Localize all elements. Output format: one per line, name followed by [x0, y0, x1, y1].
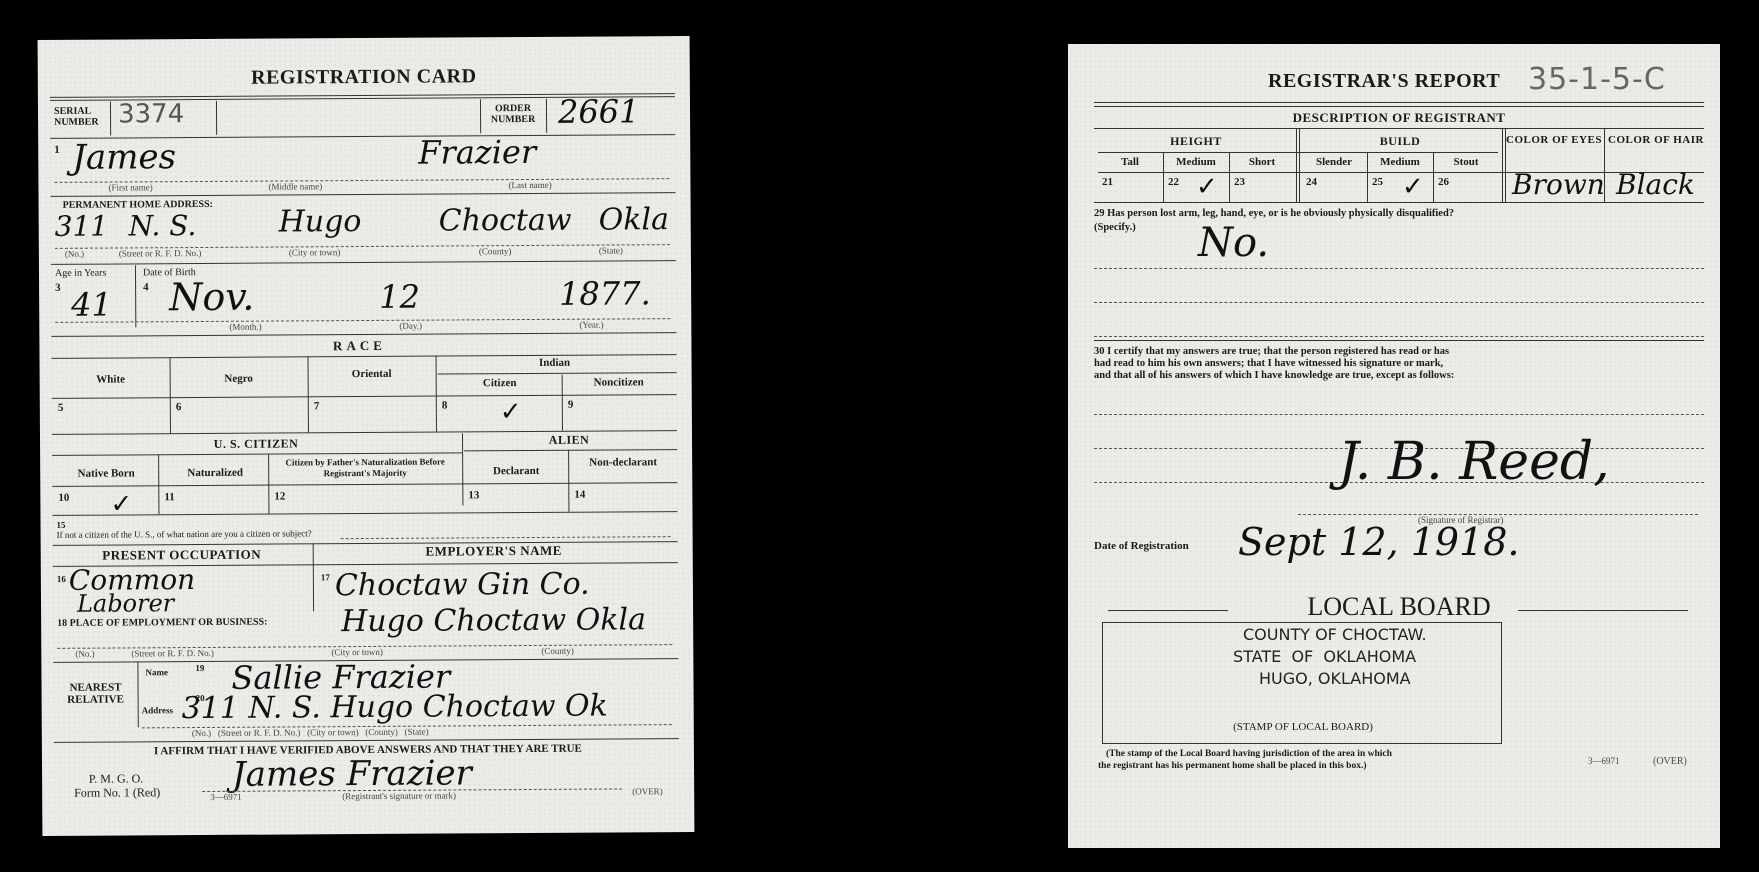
- field-number: 4: [143, 281, 149, 293]
- day-label: (Day.): [399, 321, 422, 331]
- stamp-note-line2: the registrant has his permanent home sh…: [1098, 760, 1518, 772]
- citizen-by-father-label: Citizen by Father's Naturalization Befor…: [272, 456, 458, 479]
- field-number: 13: [468, 489, 479, 501]
- place-of-employment-label: 18 PLACE OF EMPLOYMENT OR BUSINESS:: [57, 617, 267, 629]
- field-number: 24: [1306, 176, 1317, 188]
- employment-no-label: (No.): [75, 649, 94, 659]
- home-address-number: 311: [55, 210, 109, 243]
- field-number: 9: [568, 399, 574, 411]
- field-number: 25: [1372, 176, 1383, 188]
- report-over-label: (OVER): [1653, 756, 1687, 767]
- field-number: 16: [57, 574, 66, 584]
- birth-year: 1877.: [559, 274, 651, 313]
- q30-certification: 30 I certify that my answers are true; t…: [1094, 346, 1708, 382]
- employment-city-label: (City or town): [331, 647, 383, 657]
- relative-address-label: Address: [142, 705, 173, 715]
- home-address-state: Okla: [599, 202, 669, 237]
- alien-heading: ALIEN: [464, 432, 674, 448]
- field-number: 26: [1438, 176, 1449, 188]
- stamp-note: (The stamp of the Local Board having jur…: [1098, 748, 1518, 772]
- middle-name-label: (Middle name): [268, 181, 322, 191]
- field-number: 23: [1234, 176, 1245, 188]
- first-name-label: (First name): [108, 182, 152, 192]
- relative-address-sublabels: (No.) (Street or R. F. D. No.) (City or …: [192, 727, 429, 738]
- address-no-label: (No.): [65, 249, 84, 259]
- field-number: 10: [58, 492, 69, 504]
- height-tall-label: Tall: [1098, 156, 1162, 168]
- form-number: Form No. 1 (Red): [52, 785, 182, 801]
- race-indian-citizen-label: Citizen: [440, 377, 560, 390]
- q30-line3: and that all of his answers of which I h…: [1094, 370, 1708, 382]
- birth-month: Nov.: [169, 275, 254, 320]
- q29-answer: No.: [1198, 220, 1269, 266]
- q29-text: 29 Has person lost arm, leg, hand, eye, …: [1094, 208, 1454, 219]
- race-oriental-label: Oriental: [312, 368, 432, 381]
- registration-date-label: Date of Registration: [1094, 540, 1189, 552]
- indian-citizen-checkmark: ✓: [500, 397, 522, 427]
- stamp-label: (STAMP OF LOCAL BOARD): [1103, 721, 1503, 733]
- order-number-label: ORDER NUMBER: [484, 103, 542, 125]
- last-name-label: (Last name): [508, 180, 551, 190]
- declarant-label: Declarant: [466, 465, 566, 478]
- eye-color: Brown: [1512, 168, 1605, 201]
- stamp-county: COUNTY OF CHOCTAW.: [1243, 625, 1427, 644]
- height-medium-label: Medium: [1164, 156, 1228, 168]
- year-label: (Year.): [579, 320, 603, 330]
- indian-heading: Indian: [440, 356, 670, 369]
- field-number: 22: [1168, 176, 1179, 188]
- nation-question: If not a citizen of the U. S., of what n…: [57, 528, 312, 540]
- last-name: Frazier: [418, 133, 536, 172]
- signature-label: (Registrant's signature or mark): [342, 790, 456, 801]
- naturalized-label: Naturalized: [160, 467, 270, 480]
- native-born-label: Native Born: [56, 467, 156, 480]
- race-white-label: White: [56, 373, 166, 386]
- over-label: (OVER): [632, 786, 663, 796]
- serial-number: 3374: [118, 99, 184, 129]
- stamp-note-line1: (The stamp of the Local Board having jur…: [1098, 748, 1518, 760]
- field-number: 8: [442, 400, 448, 412]
- hair-color-heading: COLOR OF HAIR: [1608, 134, 1704, 146]
- local-board-stamp-box: COUNTY OF CHOCTAW. STATE OF OKLAHOMA HUG…: [1102, 622, 1502, 744]
- build-slender-label: Slender: [1302, 156, 1366, 168]
- us-citizen-heading: U. S. CITIZEN: [56, 435, 456, 452]
- field-number: 21: [1102, 176, 1113, 188]
- field-number: 19: [195, 663, 204, 673]
- height-heading: HEIGHT: [1098, 134, 1294, 149]
- employment-county-label: (County): [541, 646, 574, 656]
- home-address-city: Hugo: [279, 204, 362, 240]
- relative-name-label: Name: [145, 667, 168, 677]
- field-number: 1: [54, 144, 60, 156]
- first-name: James: [72, 137, 176, 178]
- height-short-label: Short: [1230, 156, 1294, 168]
- race-indian-noncitizen-label: Noncitizen: [564, 376, 674, 389]
- address-city-label: (City or town): [289, 247, 341, 257]
- report-form-code: 3—6971: [1588, 756, 1620, 766]
- build-stout-label: Stout: [1434, 156, 1498, 168]
- employer-heading: EMPLOYER'S NAME: [319, 542, 669, 560]
- race-negro-label: Negro: [174, 372, 304, 385]
- relative-address: 311 N. S. Hugo Choctaw Ok: [182, 689, 608, 727]
- field-number: 14: [574, 489, 585, 501]
- field-number: 6: [176, 401, 182, 413]
- registrar-signature: J. B. Reed,: [1338, 432, 1610, 492]
- place-of-employment-label-text: PLACE OF EMPLOYMENT OR BUSINESS:: [70, 617, 268, 629]
- hair-color: Black: [1616, 168, 1695, 201]
- build-medium-label: Medium: [1368, 156, 1432, 168]
- stamp-state: STATE OF OKLAHOMA: [1233, 647, 1416, 666]
- field-number: 18: [57, 618, 67, 629]
- home-address-county: Choctaw: [439, 203, 572, 239]
- card-title: REGISTRATION CARD: [38, 64, 690, 91]
- race-table: White Negro Oriental Citizen Noncitizen …: [38, 36, 690, 40]
- build-medium-checkmark: ✓: [1402, 172, 1424, 202]
- field-number: 7: [314, 400, 320, 412]
- field-number: 12: [274, 490, 285, 502]
- field-number: 5: [58, 402, 64, 414]
- non-declarant-label: Non-declarant: [588, 456, 658, 468]
- q30-line2: had read to him his own answers; that I …: [1094, 358, 1708, 370]
- month-label: (Month.): [229, 322, 261, 332]
- report-title: REGISTRAR'S REPORT: [1268, 70, 1500, 93]
- order-number: 2661: [558, 92, 640, 130]
- form-code: 3—6971: [210, 792, 242, 802]
- registration-date: Sept 12, 1918.: [1238, 520, 1520, 564]
- age-label: Age in Years: [55, 268, 106, 279]
- stamp-code: 35-1-5-C: [1528, 62, 1666, 97]
- description-heading: DESCRIPTION OF REGISTRANT: [1094, 110, 1704, 126]
- field-number: 17: [321, 572, 330, 582]
- race-heading: RACE: [289, 338, 429, 355]
- age-value: 41: [71, 286, 112, 324]
- local-board-heading: LOCAL BOARD: [1094, 592, 1704, 622]
- q30-line1: 30 I certify that my answers are true; t…: [1094, 346, 1708, 358]
- address-street-label: (Street or R. F. D. No.): [119, 248, 202, 259]
- place-of-employment: Hugo Choctaw Okla: [341, 602, 646, 639]
- build-heading: BUILD: [1300, 134, 1500, 149]
- eye-color-heading: COLOR OF EYES: [1506, 134, 1602, 146]
- field-number: 11: [164, 491, 174, 503]
- q29-specify: (Specify.): [1094, 222, 1136, 233]
- occupation-line2: Laborer: [77, 591, 174, 616]
- field-number: 3: [55, 282, 61, 294]
- address-state-label: (State): [599, 245, 623, 255]
- height-medium-checkmark: ✓: [1196, 172, 1218, 202]
- stamp-city: HUGO, OKLAHOMA: [1259, 669, 1411, 688]
- employment-street-label: (Street or R. F. D. No.): [131, 648, 214, 659]
- employer-name: Choctaw Gin Co.: [335, 567, 590, 604]
- registration-card: REGISTRATION CARD SERIAL NUMBER 3374 ORD…: [38, 36, 695, 836]
- field-number: 15: [57, 520, 66, 530]
- occupation-heading: PRESENT OCCUPATION: [57, 546, 307, 564]
- home-address-street: N. S.: [129, 209, 197, 242]
- registrars-report-card: REGISTRAR'S REPORT 35-1-5-C DESCRIPTION …: [1068, 44, 1720, 848]
- birth-day: 12: [379, 278, 420, 316]
- nearest-relative-label: NEAREST RELATIVE: [55, 681, 135, 705]
- citizenship-table: Native Born Naturalized Citizen by Fathe…: [38, 36, 690, 40]
- serial-number-label: SERIAL NUMBER: [54, 106, 109, 128]
- address-county-label: (County): [479, 246, 512, 256]
